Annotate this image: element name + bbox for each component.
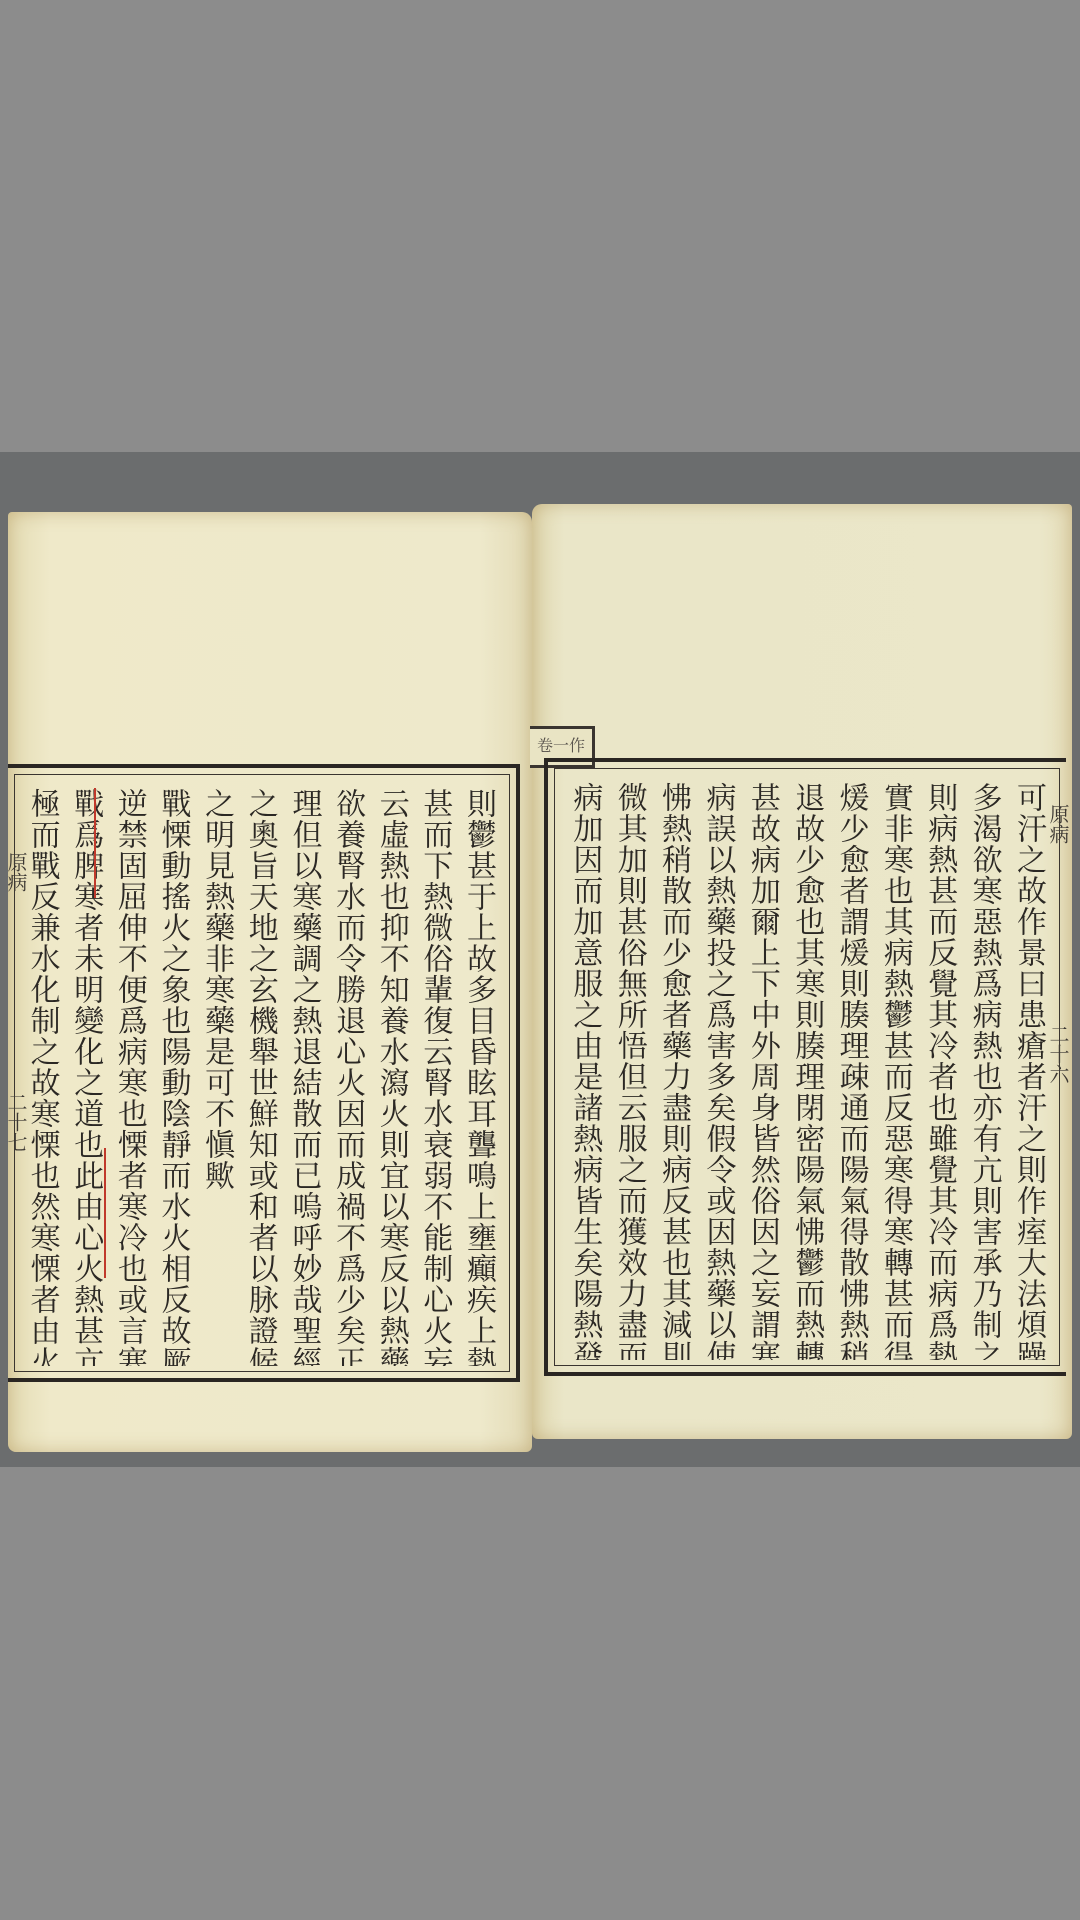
text-column: 云虛熱也抑不知養水瀉火則宜以寒反以熱藥	[371, 788, 415, 1366]
left-page-print-frame: 則鬱甚于上故多目昏眩耳聾鳴上壅癲疾上熱 甚而下熱微俗輩復云腎水衰弱不能制心火妄 …	[8, 764, 520, 1382]
red-annotation-line	[94, 788, 96, 898]
text-column: 之明見熱藥非寒藥是可不愼歟	[197, 788, 241, 1366]
text-column: 煖少愈者謂煖則腠理疎通而陽氣得散怫熱稍	[830, 782, 874, 1360]
text-column: 甚而下熱微俗輩復云腎水衰弱不能制心火妄	[415, 788, 459, 1366]
text-column: 怫熱稍散而少愈者藥力盡則病反甚也其減則	[653, 782, 697, 1360]
text-column: 則鬱甚于上故多目昏眩耳聾鳴上壅癲疾上熱	[458, 788, 502, 1366]
text-column: 之奧旨天地之玄機舉世鮮知或和者以脉證候	[240, 788, 284, 1366]
right-page-print-frame: 可汗之故作景曰患瘡者汗之則作痓大法煩躁 多渴欲寒惡熱爲病熱也亦有亢則害承乃制之 …	[544, 758, 1066, 1376]
right-page-number: 二十六	[1046, 1024, 1070, 1084]
left-margin-title: 原病	[4, 852, 28, 892]
red-annotation-line	[104, 1148, 106, 1278]
text-column: 則病熱甚而反覺其冷者也雖覺其冷而病爲熱	[919, 782, 963, 1360]
right-page: 卷一作 可汗之故作景曰患瘡者汗之則作痓大法煩躁 多渴欲寒惡熱爲病熱也亦有亢則害承…	[532, 504, 1072, 1439]
text-column: 逆禁固屈伸不便爲病寒也慄者寒冷也或言寒	[109, 788, 153, 1366]
text-column: 多渴欲寒惡熱爲病熱也亦有亢則害承乃制之	[963, 782, 1007, 1360]
text-column: 理但以寒藥調之熱退結散而已嗚呼妙哉聖經	[284, 788, 328, 1366]
text-column: 極而戰反兼水化制之故寒慄也然寒慄者由火	[22, 788, 66, 1366]
text-column: 戰爲脾寒者未明變化之道也此由心火熱甚亢	[66, 788, 110, 1366]
text-column: 實非寒也其病熱鬱甚而反惡寒得寒轉甚而得	[875, 782, 919, 1360]
book-photograph: 則鬱甚于上故多目昏眩耳聾鳴上壅癲疾上熱 甚而下熱微俗輩復云腎水衰弱不能制心火妄 …	[0, 452, 1080, 1467]
right-margin-title: 原病	[1046, 804, 1070, 844]
left-page: 則鬱甚于上故多目昏眩耳聾鳴上壅癲疾上熱 甚而下熱微俗輩復云腎水衰弱不能制心火妄 …	[8, 512, 532, 1452]
text-column: 戰慄動搖火之象也陽動陰靜而水火相反故厥	[153, 788, 197, 1366]
text-column: 病加因而加意服之由是諸熱病皆生矣陽熱發	[564, 782, 608, 1360]
left-page-number: 二十七	[4, 1092, 28, 1152]
right-page-text-columns: 可汗之故作景曰患瘡者汗之則作痓大法煩躁 多渴欲寒惡熱爲病熱也亦有亢則害承乃制之 …	[564, 782, 1052, 1360]
text-column: 微其加則甚俗無所悟但云服之而獲效力盡而	[608, 782, 652, 1360]
text-column: 退故少愈也其寒則腠理閉密陽氣怫鬱而熱轉	[786, 782, 830, 1360]
text-column: 欲養腎水而令勝退心火因而成禍不爲少矣正	[327, 788, 371, 1366]
text-column: 甚故病加爾上下中外周身皆然俗因之妄謂寒	[741, 782, 785, 1360]
text-column: 病誤以熱藥投之爲害多矣假令或因熱藥以使	[697, 782, 741, 1360]
